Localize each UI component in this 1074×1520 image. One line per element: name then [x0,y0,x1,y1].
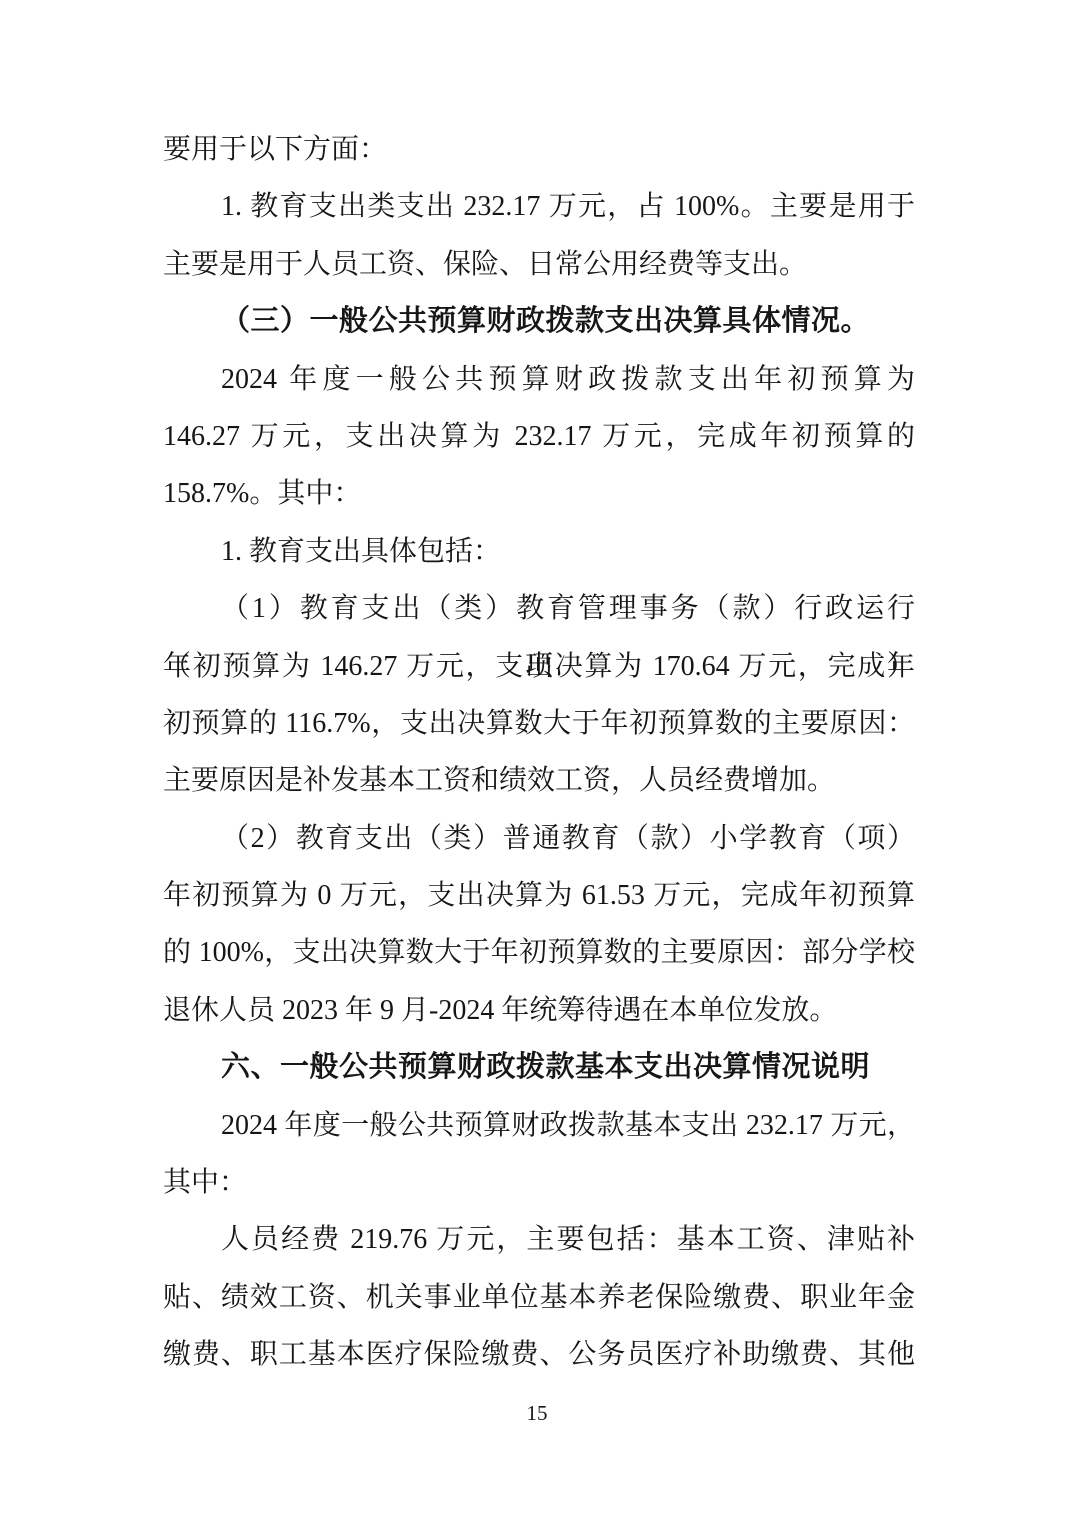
text-line-item2-rate: 的 100%，支出决算数大于年初预算数的主要原因：部分学校 [163,924,915,981]
text-line-item1-title: （1）教育支出（类）教育管理事务（款）行政运行（项） [163,580,915,637]
text-line-2024-budget-intro: 2024 年度一般公共预算财政拨款支出年初预算为 [163,351,915,408]
text-line-item2-reason: 退休人员 2023 年 9 月-2024 年统筹待遇在本单位发放。 [163,982,915,1039]
text-line-personnel-expense: 人员经费 219.76 万元，主要包括：基本工资、津贴补 [163,1211,915,1268]
section-heading-6: 六、一般公共预算财政拨款基本支出决算情况说明 [163,1039,915,1096]
text-line-completion-rate: 158.7%。其中： [163,465,915,522]
text-line-education-detail-intro: 1. 教育支出具体包括： [163,523,915,580]
text-line-basic-expense: 2024 年度一般公共预算财政拨款基本支出 232.17 万元， [163,1097,915,1154]
text-line-personnel-detail-2: 缴费、职工基本医疗保险缴费、公务员医疗补助缴费、其他 [163,1326,915,1383]
text-line-usage: 主要是用于人员工资、保险、日常公用经费等支出。 [163,236,915,293]
text-line-item2-title: （2）教育支出（类）普通教育（款）小学教育（项） [163,810,915,867]
text-line-item1-figures: 年初预算为 146.27 万元，支出决算为 170.64 万元，完成年 [163,638,915,695]
text-line-continuation: 要用于以下方面： [163,121,915,178]
page-number: 15 [0,1398,1074,1428]
text-line-item1-rate: 初预算的 116.7%，支出决算数大于年初预算数的主要原因： [163,695,915,752]
text-line-personnel-detail-1: 贴、绩效工资、机关事业单位基本养老保险缴费、职业年金 [163,1269,915,1326]
subsection-heading-3: （三）一般公共预算财政拨款支出决算具体情况。 [163,293,915,350]
text-line-among-which: 其中： [163,1154,915,1211]
text-line-education-expense-total: 1. 教育支出类支出 232.17 万元，占 100%。主要是用于 [163,178,915,235]
document-body: 要用于以下方面： 1. 教育支出类支出 232.17 万元，占 100%。主要是… [163,121,915,1384]
text-line-item2-figures: 年初预算为 0 万元，支出决算为 61.53 万元，完成年初预算 [163,867,915,924]
text-line-budget-figures: 146.27 万元，支出决算为 232.17 万元，完成年初预算的 [163,408,915,465]
document-page: 要用于以下方面： 1. 教育支出类支出 232.17 万元，占 100%。主要是… [0,0,1074,1520]
text-line-item1-reason: 主要原因是补发基本工资和绩效工资，人员经费增加。 [163,752,915,809]
